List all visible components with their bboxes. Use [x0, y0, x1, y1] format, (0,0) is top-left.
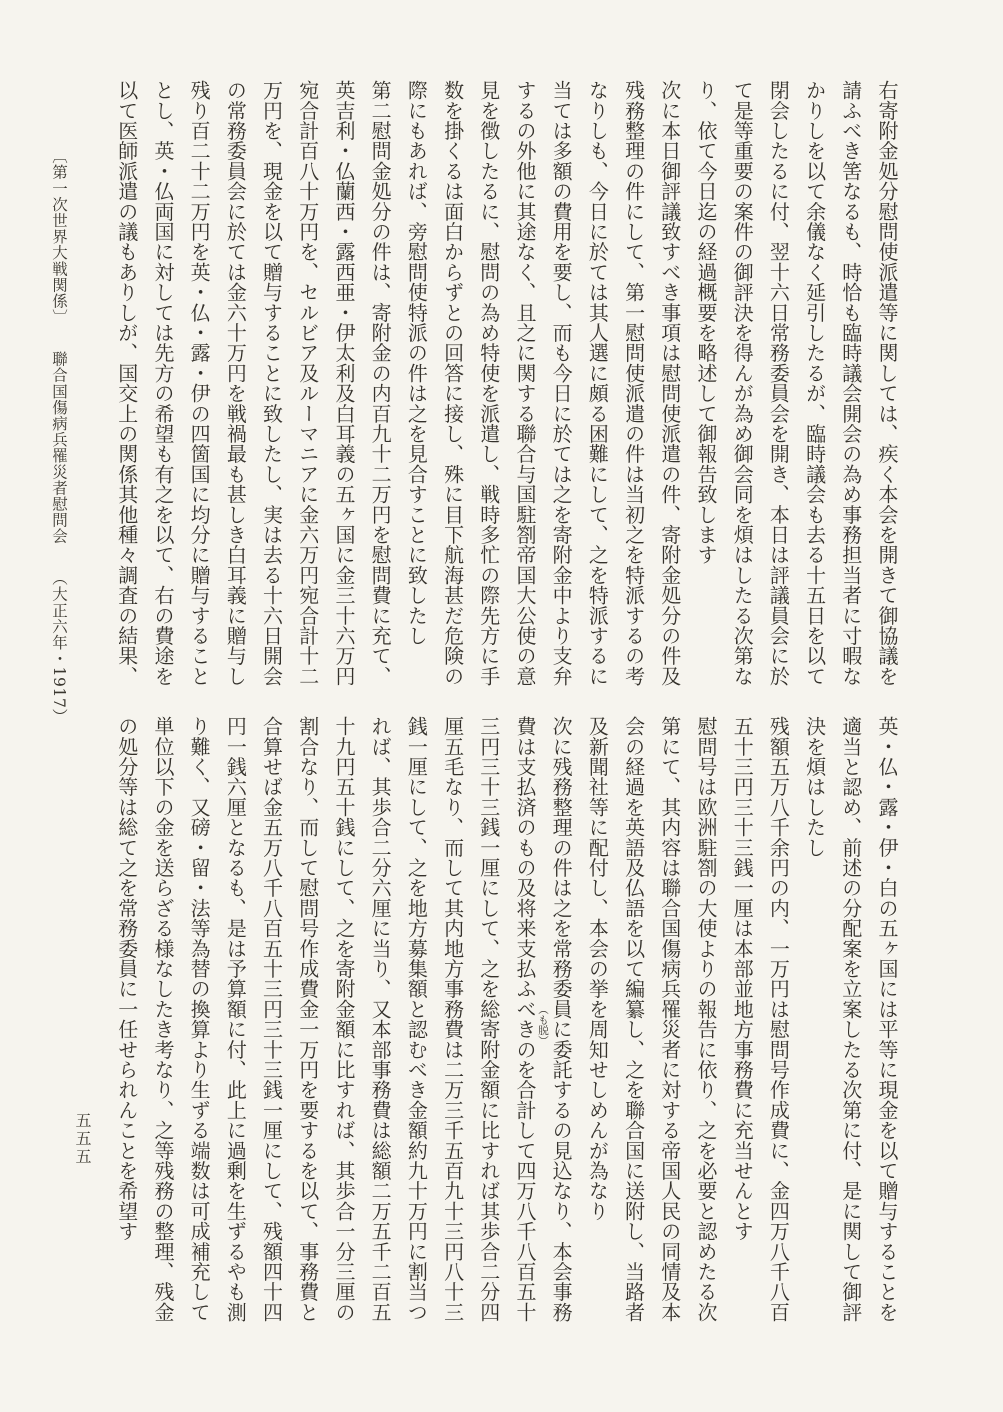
text-column: 以て医師派遣の議もありしが、国交上の関係其他種々調査の結果、 [109, 80, 145, 692]
text-column: 残り百二十二万円を英・仏・露・伊の四箇国に均分に贈与すること [181, 80, 217, 692]
text-column: 決を煩はしたし [796, 716, 832, 1328]
text-column: 宛合計百八十万円を、セルビア及ルーマニアに金六万円宛合計十二 [290, 80, 326, 692]
text-column: 閉会したるに付、翌十六日常務委員会を開き、本日は評議員会に於 [760, 80, 796, 692]
text-column: 円一銭六厘となるも、是は予算額に付、此上に過剰を生ずるやも測 [217, 716, 253, 1328]
text-column: れば、其歩合二分六厘に当り、又本部事務費は総額二万五千二百五 [362, 716, 398, 1328]
text-column: 合算せば金五万八千八百五十三円三十三銭一厘にして、残額四十四 [253, 716, 289, 1328]
text-column: 単位以下の金を送らざる様なしたき考なり、之等残務の整理、残金 [145, 716, 181, 1328]
text-column: 残務整理の件にして、第一慰問使派遣の件は当初之を特派するの考 [615, 80, 651, 692]
running-header-title: 聯合国傷病兵罹災者慰問会 [50, 351, 67, 544]
text-column: て是等重要の案件の御評決を得んが為め御会同を煩はしたる次第な [724, 80, 760, 692]
text-column: 英・仏・露・伊・白の五ヶ国には平等に現金を以て贈与することを [869, 716, 905, 1328]
top-text-block: 右寄附金処分慰問使派遣等に関しては、疾く本会を開きて御協議を 請ふべき筈なるも、… [109, 80, 905, 692]
text-column: り、依て今日迄の経過概要を略述して御報告致します [688, 80, 724, 692]
text-column: 請ふべき筈なるも、時恰も臨時議会開会の為め事務担当者に寸暇な [833, 80, 869, 692]
text-column: 厘五毛なり、而して其内地方事務費は二万三千五百九十三円八十三 [434, 716, 470, 1328]
text-column: 三円三十三銭一厘にして、之を総寄附金額に比すれば其歩合二分四 [471, 716, 507, 1328]
text-segment: を合計して四万八千八百五十 [513, 1059, 537, 1322]
text-column: 慰問号は欧洲駐劄の大使よりの報告に依り、之を必要と認めたる次 [688, 716, 724, 1328]
text-column: 五十三円三十三銭一厘は本部並地方事務費に充当せんとす [724, 716, 760, 1328]
text-column: 割合なり、而して慰問号作成費金一万円を要するを以て、事務費と [290, 716, 326, 1328]
page-number: 五五五 [74, 1112, 91, 1166]
running-header-date: （大正六年・1917） [50, 570, 67, 725]
text-column-with-note: 費は支払済のもの及将来支払ふべきの（も脱）を合計して四万八千八百五十 [507, 716, 543, 1328]
text-column: り難く、又磅・留・法等為替の換算より生ずる端数は可成補充して [181, 716, 217, 1328]
text-column: 第にて、其内容は聯合国傷病兵罹災者に対する帝国人民の同情及本 [652, 716, 688, 1328]
text-column: 十九円五十銭にして、之を寄附金額に比すれば、其歩合一分三厘の [326, 716, 362, 1328]
text-column: 右寄附金処分慰問使派遣等に関しては、疾く本会を開きて御協議を [869, 80, 905, 692]
interlinear-note: （も脱） [537, 1004, 548, 1046]
text-column: 適当と認め、前述の分配案を立案したる次第に付、是に関して御評 [833, 716, 869, 1328]
text-column: かりしを以て余儀なく延引したるが、臨時議会も去る十五日を以て [796, 80, 832, 692]
text-column: なりしも、今日に於ては其人選に頗る困難にして、之を特派するに [579, 80, 615, 692]
text-column: 及新聞社等に配付し、本会の挙を周知せしめんが為なり [579, 716, 615, 1328]
text-column: 会の経過を英語及仏語を以て編纂し、之を聯合国に送附し、当路者 [615, 716, 651, 1328]
text-column: 見を徴したるに、慰問の為め特使を派遣し、戦時多忙の際先方に手 [471, 80, 507, 692]
text-column: するの外他に其途なく、且之に関する聯合与国駐劄帝国大公使の意 [507, 80, 543, 692]
running-header-category: 〔第一次世界大戦関係〕 [50, 148, 67, 325]
text-column: 英吉利・仏蘭西・露西亜・伊太利及白耳義の五ヶ国に金三十六万円 [326, 80, 362, 692]
text-column: 数を掛くるは面白からずとの回答に接し、殊に目下航海甚だ危険の [434, 80, 470, 692]
text-column: 当ては多額の費用を要し、而も今日に於ては之を寄附金中より支弁 [543, 80, 579, 692]
text-column: 残額五万八千余円の内、一万円は慰問号作成費に、金四万八千八百 [760, 716, 796, 1328]
text-column: とし、英・仏両国に対しては先方の希望も有之を以て、右の費途を [145, 80, 181, 692]
text-column: 万円を、現金を以て贈与することに致したし、実は去る十六日開会 [253, 80, 289, 692]
text-column: 次に本日御評議致すべき事項は慰問使派遣の件、寄附金処分の件及 [652, 80, 688, 692]
text-column: の常務委員会に於ては金六十万円を戦禍最も甚しき白耳義に贈与し [217, 80, 253, 692]
text-segment: 費は支払済のもの及将来支払ふべきの [513, 716, 537, 1059]
text-column: 銭一厘にして、之を地方募集額と認むべき金額約九十万円に割当つ [398, 716, 434, 1328]
text-column: 第二慰問金処分の件は、寄附金の内百九十二万円を慰問費に充て、 [362, 80, 398, 692]
scanned-page: 〔第一次世界大戦関係〕 聯合国傷病兵罹災者慰問会 （大正六年・1917） 右寄附… [0, 0, 1003, 1412]
text-column: 際にもあれば、旁慰問使特派の件は之を見合すことに致したし [398, 80, 434, 692]
bottom-text-block: 英・仏・露・伊・白の五ヶ国には平等に現金を以て贈与することを 適当と認め、前述の… [109, 716, 905, 1328]
running-header: 〔第一次世界大戦関係〕 聯合国傷病兵罹災者慰問会 （大正六年・1917） [50, 148, 67, 725]
text-column: の処分等は総て之を常務委員に一任せられんことを希望す [109, 716, 145, 1328]
